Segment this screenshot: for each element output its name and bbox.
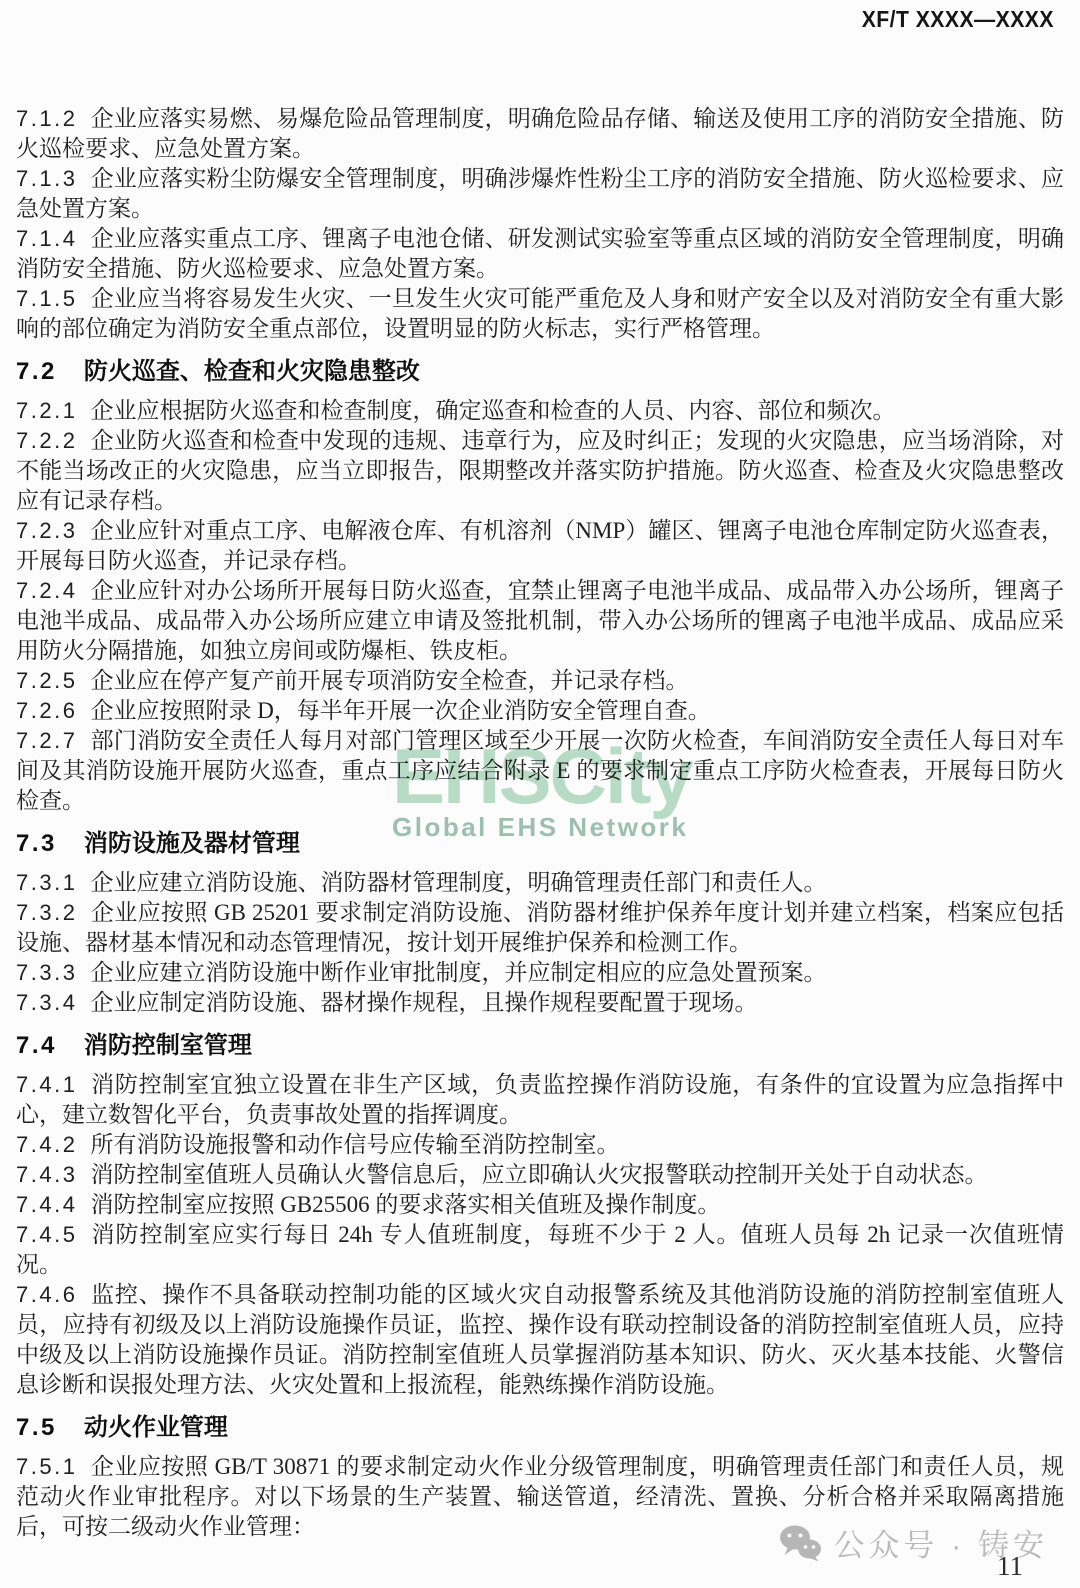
clause-number: 7.3.2 — [16, 900, 77, 925]
document-page: XF/T XXXX—XXXX EHSCity Global EHS Networ… — [0, 0, 1080, 1588]
clause-text: 消防控制室应实行每日 24h 专人值班制度，每班不少于 2 人。值班人员每 2h… — [16, 1222, 1064, 1277]
clause-text: 企业应建立消防设施中断作业审批制度，并应制定相应的应急处置预案。 — [90, 960, 826, 985]
clause-number: 7.4.4 — [16, 1192, 77, 1217]
clause-7-1-5: 7.1.5企业应当将容易发生火灾、一旦发生火灾可能严重危及人身和财产安全以及对消… — [16, 284, 1064, 344]
clause-number: 7.1.3 — [16, 166, 77, 191]
clause-7-1-3: 7.1.3企业应落实粉尘防爆安全管理制度，明确涉爆炸性粉尘工序的消防安全措施、防… — [16, 164, 1064, 224]
doc-code: XF/T XXXX—XXXX — [862, 6, 1054, 33]
clause-number: 7.1.4 — [16, 226, 77, 251]
clause-text: 企业应落实易燃、易爆危险品管理制度，明确危险品存储、输送及使用工序的消防安全措施… — [16, 106, 1064, 161]
clause-number: 7.2.5 — [16, 668, 77, 693]
clause-7-3-2: 7.3.2企业应按照 GB 25201 要求制定消防设施、消防器材维护保养年度计… — [16, 898, 1064, 958]
section-heading-7-2: 7.2防火巡查、检查和火灾隐患整改 — [16, 357, 1064, 387]
section-heading-7-5: 7.5动火作业管理 — [16, 1413, 1064, 1443]
clause-7-4-1: 7.4.1消防控制室宜独立设置在非生产区域，负责监控操作消防设施，有条件的宜设置… — [16, 1070, 1064, 1130]
page-number: 11 — [997, 1551, 1023, 1582]
section-title: 消防控制室管理 — [84, 1032, 252, 1059]
clause-7-1-4: 7.1.4企业应落实重点工序、锂离子电池仓储、研发测试实验室等重点区域的消防安全… — [16, 224, 1064, 284]
clause-7-2-3: 7.2.3企业应针对重点工序、电解液仓库、有机溶剂（NMP）罐区、锂离子电池仓库… — [16, 516, 1064, 576]
clause-number: 7.4.1 — [16, 1072, 77, 1097]
clause-text: 企业应按照 GB/T 30871 的要求制定动火作业分级管理制度，明确管理责任部… — [16, 1454, 1064, 1539]
clause-number: 7.3.4 — [16, 990, 77, 1015]
clause-text: 消防控制室应按照 GB25506 的要求落实相关值班及操作制度。 — [90, 1192, 720, 1217]
clause-number: 7.3.3 — [16, 960, 77, 985]
clause-number: 7.1.2 — [16, 106, 77, 131]
clause-number: 7.2.3 — [16, 518, 77, 543]
clause-text: 企业应建立消防设施、消防器材管理制度，明确管理责任部门和责任人。 — [90, 870, 826, 895]
clause-number: 7.4.6 — [16, 1282, 77, 1307]
clause-number: 7.2.6 — [16, 698, 77, 723]
clause-7-4-3: 7.4.3消防控制室值班人员确认火警信息后，应立即确认火灾报警联动控制开关处于自… — [16, 1160, 1064, 1190]
clause-7-2-1: 7.2.1企业应根据防火巡查和检查制度，确定巡查和检查的人员、内容、部位和频次。 — [16, 396, 1064, 426]
clause-7-3-1: 7.3.1企业应建立消防设施、消防器材管理制度，明确管理责任部门和责任人。 — [16, 868, 1064, 898]
clause-text: 企业应制定消防设施、器材操作规程，且操作规程要配置于现场。 — [90, 990, 757, 1015]
section-heading-7-4: 7.4消防控制室管理 — [16, 1031, 1064, 1061]
section-number: 7.3 — [16, 830, 57, 857]
clause-number: 7.4.3 — [16, 1162, 77, 1187]
section-title: 消防设施及器材管理 — [84, 830, 300, 857]
section-title: 防火巡查、检查和火灾隐患整改 — [84, 358, 420, 385]
clause-7-2-2: 7.2.2企业防火巡查和检查中发现的违规、违章行为，应及时纠正；发现的火灾隐患，… — [16, 426, 1064, 516]
clause-text: 消防控制室宜独立设置在非生产区域，负责监控操作消防设施，有条件的宜设置为应急指挥… — [16, 1072, 1064, 1127]
clause-7-4-5: 7.4.5消防控制室应实行每日 24h 专人值班制度，每班不少于 2 人。值班人… — [16, 1220, 1064, 1280]
clause-text: 企业应针对办公场所开展每日防火巡查，宜禁止锂离子电池半成品、成品带入办公场所，锂… — [16, 578, 1064, 663]
clause-number: 7.1.5 — [16, 286, 77, 311]
clause-text: 企业应按照附录 D，每半年开展一次企业消防安全管理自查。 — [90, 698, 710, 723]
section-title: 动火作业管理 — [84, 1414, 228, 1441]
document-body: 7.1.2企业应落实易燃、易爆危险品管理制度，明确危险品存储、输送及使用工序的消… — [16, 104, 1064, 1542]
clause-text: 消防控制室值班人员确认火警信息后，应立即确认火灾报警联动控制开关处于自动状态。 — [90, 1162, 987, 1187]
clause-number: 7.2.2 — [16, 428, 77, 453]
section-number: 7.2 — [16, 358, 57, 385]
clause-7-3-4: 7.3.4企业应制定消防设施、器材操作规程，且操作规程要配置于现场。 — [16, 988, 1064, 1018]
clause-text: 企业应按照 GB 25201 要求制定消防设施、消防器材维护保养年度计划并建立档… — [16, 900, 1064, 955]
clause-text: 企业应在停产复产前开展专项消防安全检查，并记录存档。 — [90, 668, 688, 693]
clause-7-4-2: 7.4.2所有消防设施报警和动作信号应传输至消防控制室。 — [16, 1130, 1064, 1160]
clause-7-4-6: 7.4.6监控、操作不具备联动控制功能的区域火灾自动报警系统及其他消防设施的消防… — [16, 1280, 1064, 1400]
clause-number: 7.3.1 — [16, 870, 77, 895]
clause-text: 企业应落实重点工序、锂离子电池仓储、研发测试实验室等重点区域的消防安全管理制度，… — [16, 226, 1064, 281]
clause-7-1-2: 7.1.2企业应落实易燃、易爆危险品管理制度，明确危险品存储、输送及使用工序的消… — [16, 104, 1064, 164]
clause-number: 7.4.2 — [16, 1132, 77, 1157]
clause-7-4-4: 7.4.4消防控制室应按照 GB25506 的要求落实相关值班及操作制度。 — [16, 1190, 1064, 1220]
clause-text: 监控、操作不具备联动控制功能的区域火灾自动报警系统及其他消防设施的消防控制室值班… — [16, 1282, 1064, 1397]
clause-number: 7.2.7 — [16, 728, 77, 753]
clause-7-2-7: 7.2.7部门消防安全责任人每月对部门管理区域至少开展一次防火检查，车间消防安全… — [16, 726, 1064, 816]
section-heading-7-3: 7.3消防设施及器材管理 — [16, 829, 1064, 859]
clause-number: 7.5.1 — [16, 1454, 77, 1479]
section-number: 7.4 — [16, 1032, 57, 1059]
clause-number: 7.4.5 — [16, 1222, 77, 1247]
clause-7-5-1: 7.5.1企业应按照 GB/T 30871 的要求制定动火作业分级管理制度，明确… — [16, 1452, 1064, 1542]
clause-text: 所有消防设施报警和动作信号应传输至消防控制室。 — [90, 1132, 619, 1157]
section-number: 7.5 — [16, 1414, 57, 1441]
clause-number: 7.2.4 — [16, 578, 77, 603]
clause-text: 企业应针对重点工序、电解液仓库、有机溶剂（NMP）罐区、锂离子电池仓库制定防火巡… — [16, 518, 1064, 573]
clause-number: 7.2.1 — [16, 398, 77, 423]
clause-text: 企业应落实粉尘防爆安全管理制度，明确涉爆炸性粉尘工序的消防安全措施、防火巡检要求… — [16, 166, 1064, 221]
clause-text: 企业防火巡查和检查中发现的违规、违章行为，应及时纠正；发现的火灾隐患，应当场消除… — [16, 428, 1064, 513]
clause-7-2-6: 7.2.6企业应按照附录 D，每半年开展一次企业消防安全管理自查。 — [16, 696, 1064, 726]
clause-7-2-5: 7.2.5企业应在停产复产前开展专项消防安全检查，并记录存档。 — [16, 666, 1064, 696]
clause-text: 部门消防安全责任人每月对部门管理区域至少开展一次防火检查，车间消防安全责任人每日… — [16, 728, 1064, 813]
clause-7-3-3: 7.3.3企业应建立消防设施中断作业审批制度，并应制定相应的应急处置预案。 — [16, 958, 1064, 988]
clause-7-2-4: 7.2.4企业应针对办公场所开展每日防火巡查，宜禁止锂离子电池半成品、成品带入办… — [16, 576, 1064, 666]
clause-text: 企业应当将容易发生火灾、一旦发生火灾可能严重危及人身和财产安全以及对消防安全有重… — [16, 286, 1064, 341]
clause-text: 企业应根据防火巡查和检查制度，确定巡查和检查的人员、内容、部位和频次。 — [90, 398, 895, 423]
